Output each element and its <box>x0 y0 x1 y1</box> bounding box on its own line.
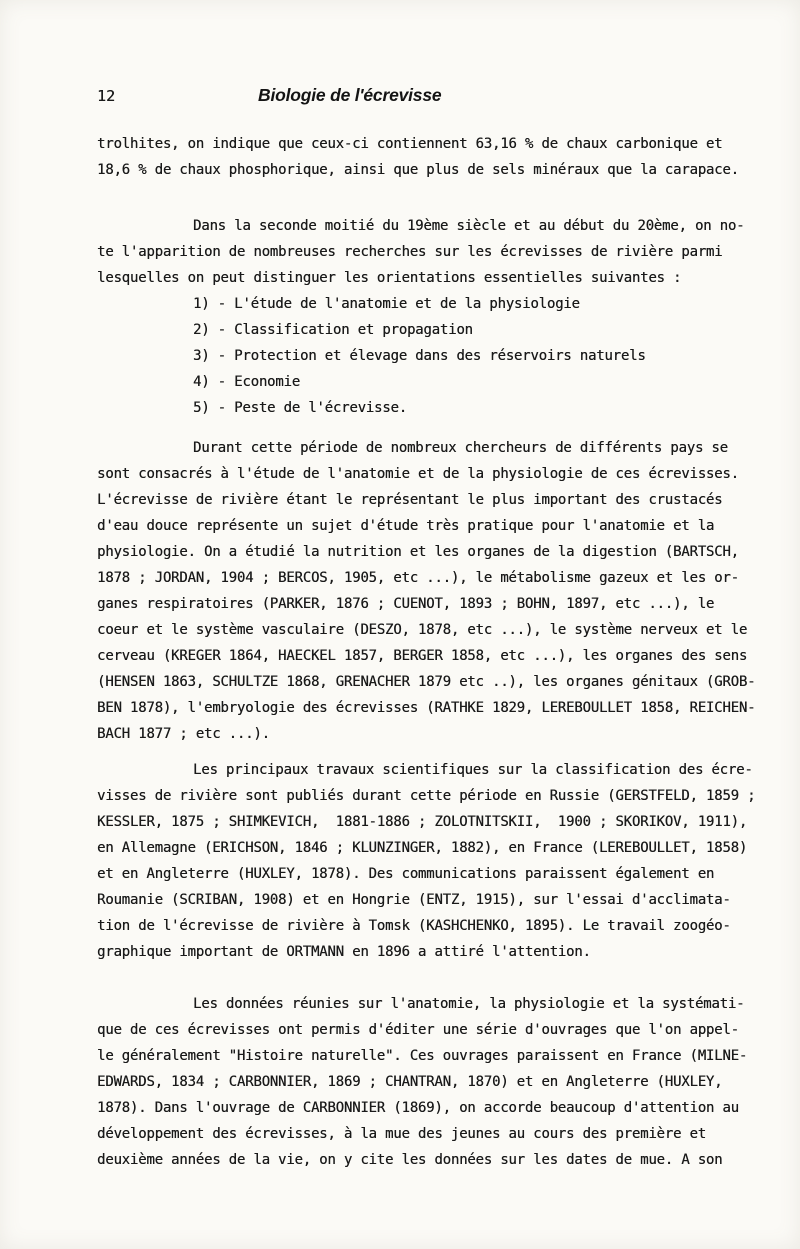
list-item: 2) - Classification et propagation <box>97 317 789 343</box>
list-item: 3) - Protection et élevage dans des rése… <box>97 343 789 369</box>
orientation-list: 1) - L'étude de l'anatomie et de la phys… <box>97 291 789 421</box>
header-title: Biologie de l'écrevisse <box>258 84 441 106</box>
list-item: 1) - L'étude de l'anatomie et de la phys… <box>97 291 789 317</box>
paragraph-donnees: Les données réunies sur l'anatomie, la p… <box>97 991 789 1173</box>
page-number: 12 <box>97 86 115 106</box>
paragraph-travaux: Les principaux travaux scientifiques sur… <box>97 757 789 965</box>
list-item: 5) - Peste de l'écrevisse. <box>97 395 789 421</box>
page-body: trolhites, on indique que ceux-ci contie… <box>97 106 789 1173</box>
paragraph-carapace: trolhites, on indique que ceux-ci contie… <box>97 131 789 183</box>
paragraph-chercheurs: Durant cette période de nombreux cherche… <box>97 435 789 747</box>
scanned-page: 12 Biologie de l'écrevisse trolhites, on… <box>0 0 800 1249</box>
paragraph-periode: Dans la seconde moitié du 19ème siècle e… <box>97 213 789 291</box>
list-item: 4) - Economie <box>97 369 789 395</box>
